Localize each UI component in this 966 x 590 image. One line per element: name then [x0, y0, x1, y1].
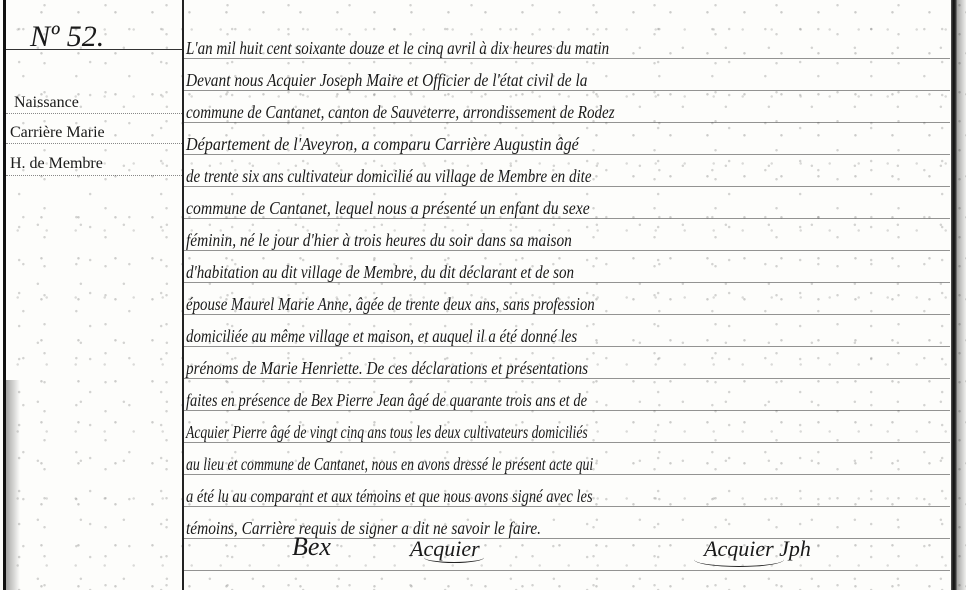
body-line-11: prénoms de Marie Henriette. De ces décla… [186, 358, 588, 384]
signature-witness-1: Bex [292, 532, 331, 562]
body-line-15: a été lu au comparant et aux témoins et … [186, 486, 593, 512]
body-line-5: de trente six ans cultivateur domicilié … [186, 166, 592, 192]
margin-hamlet: H. de Membre [10, 155, 103, 173]
body-line-8: d'habitation au dit village de Membre, d… [186, 262, 574, 288]
body-line-2: Devant nous Acquier Joseph Maire et Offi… [186, 70, 587, 96]
body-line-10: domiciliée au même village et maison, et… [186, 326, 577, 352]
body-line-12: faites en présence de Bex Pierre Jean âg… [186, 390, 587, 416]
body-line-13: Acquier Pierre âgé de vingt cinq ans tou… [186, 422, 588, 448]
signature-flourish [424, 552, 484, 563]
margin-child-name: Carrière Marie [10, 124, 105, 142]
body-line-9: épouse Maurel Marie Anne, âgée de trente… [186, 294, 595, 320]
right-binding-shadow [957, 0, 966, 590]
body-line-4: Département de l'Aveyron, a comparu Carr… [186, 134, 579, 160]
margin-guide-line [6, 113, 182, 114]
body-line-3: commune de Cantanet, canton de Sauveterr… [186, 102, 615, 128]
body-line-6: commune de Cantanet, lequel nous a prése… [186, 198, 590, 224]
margin-act-type: Naissance [14, 94, 79, 112]
signature-flourish [694, 552, 784, 567]
margin-column-divider [182, 0, 184, 590]
margin-guide-line [6, 175, 182, 176]
left-border-shadow [6, 380, 20, 590]
signature-block: Bex Acquier Acquier Jph [184, 530, 950, 580]
margin-guide-line [6, 143, 182, 144]
body-line-1: L'an mil huit cent soixante douze et le … [186, 38, 609, 64]
register-page: Nº 52. Naissance Carrière Marie H. de Me… [0, 0, 966, 590]
act-number: Nº 52. [30, 20, 104, 54]
body-line-14: au lieu et commune de Cantanet, nous en … [186, 454, 593, 480]
body-line-7: féminin, né le jour d'hier à trois heure… [186, 230, 572, 256]
